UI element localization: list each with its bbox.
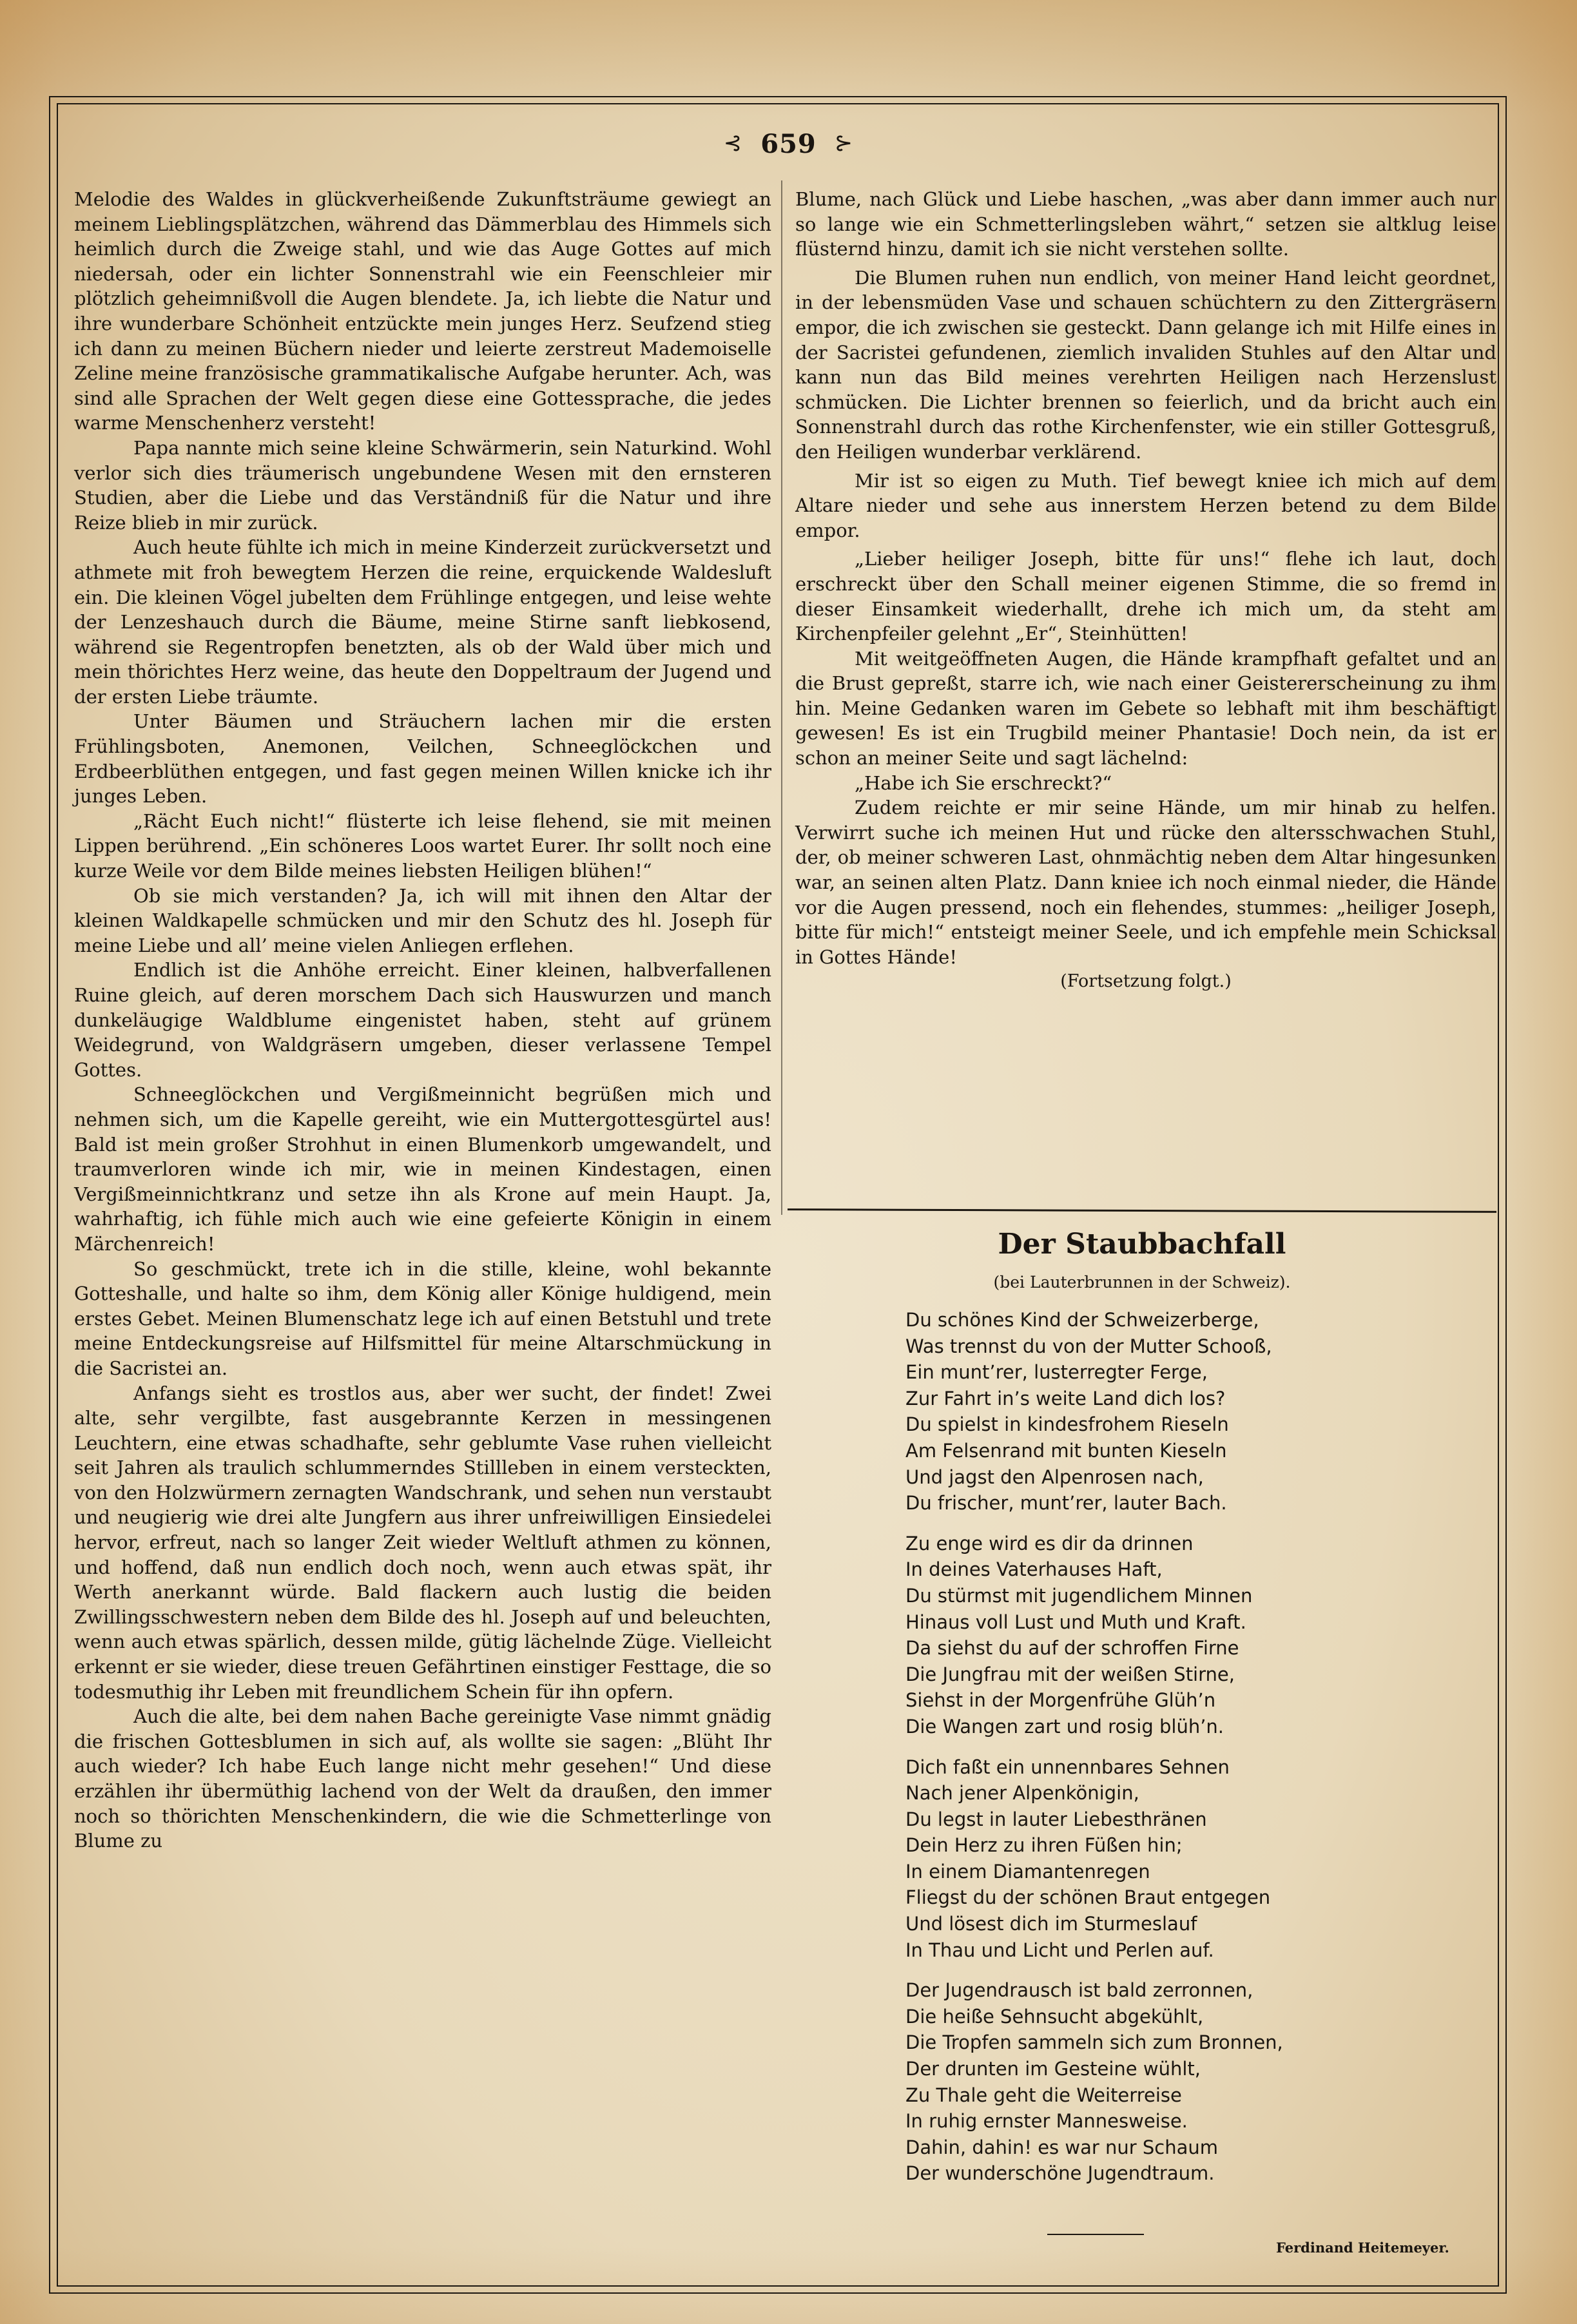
- poem-line: Ein munt’rer, lusterregter Ferge,: [905, 1359, 1434, 1386]
- paragraph: Zudem reichte er mir seine Hände, um mir…: [795, 795, 1496, 969]
- paragraph: Die Blumen ruhen nun endlich, von meiner…: [795, 266, 1496, 465]
- poem-line: Zur Fahrt in’s weite Land dich los?: [905, 1386, 1434, 1412]
- ornament-left-icon: ⊰: [724, 130, 743, 156]
- poem-line: Die Tropfen sammeln sich zum Bronnen,: [905, 2029, 1434, 2056]
- poem-stanza: Du schönes Kind der Schweizerberge, Was …: [905, 1307, 1434, 1516]
- end-rule: [1047, 2234, 1144, 2235]
- ornament-right-icon: ⊱: [835, 130, 854, 156]
- continuation-note: (Fortsetzung folgt.): [795, 969, 1496, 994]
- poem-line: Die heiße Sehnsucht abgekühlt,: [905, 2004, 1434, 2030]
- poem-line: Was trennst du von der Mutter Schooß,: [905, 1333, 1434, 1360]
- right-column-story: Blume, nach Glück und Liebe haschen, „wa…: [795, 187, 1496, 994]
- poem-line: Zu enge wird es dir da drinnen: [905, 1531, 1434, 1557]
- poem-line: Am Felsenrand mit bunten Kieseln: [905, 1438, 1434, 1464]
- paragraph: Auch die alte, bei dem nahen Bache gerei…: [74, 1704, 771, 1854]
- poem-line: Dahin, dahin! es war nur Schaum: [905, 2135, 1434, 2161]
- poem-line: Dein Herz zu ihren Füßen hin;: [905, 1832, 1434, 1859]
- poem-line: Da siehst du auf der schroffen Firne: [905, 1635, 1434, 1661]
- poem-line: In ruhig ernster Manneswei­se.: [905, 2108, 1434, 2135]
- poem-line: Zu Thale geht die Weiterreise: [905, 2082, 1434, 2109]
- page-number: 659: [760, 129, 817, 159]
- page-header: ⊰659⊱: [0, 129, 1577, 159]
- poem-stanza: Dich faßt ein unnennbares Sehnen Nach je…: [905, 1754, 1434, 1964]
- poem-line: Der drunten im Gesteine wühlt,: [905, 2056, 1434, 2082]
- poem-line: Und lösest dich im Sturmeslauf: [905, 1911, 1434, 1937]
- paragraph: „Habe ich Sie erschreckt?“: [795, 771, 1496, 796]
- paragraph: Unter Bäumen und Sträuchern lachen mir d…: [74, 709, 771, 808]
- paragraph: Anfangs sieht es trostlos aus, aber wer …: [74, 1381, 771, 1705]
- poem-line: Du spielst in kindesfrohem Rieseln: [905, 1411, 1434, 1438]
- poem-line: Die Wangen zart und rosig blüh’n.: [905, 1714, 1434, 1740]
- poem-line: Siehst in der Morgenfrühe Glüh’n: [905, 1687, 1434, 1714]
- poem-line: Und jagst den Alpenrosen nach,: [905, 1464, 1434, 1491]
- poem-author: Ferdinand Heitemeyer.: [1276, 2240, 1449, 2256]
- poem-line: Du frischer, munt’rer, lauter Bach.: [905, 1490, 1434, 1516]
- poem-body: Du schönes Kind der Schweizerberge, Was …: [905, 1307, 1434, 2201]
- poem-line: Der wunderschöne Jugendtraum.: [905, 2160, 1434, 2187]
- poem-line: Der Jugendrausch ist bald zerronnen,: [905, 1977, 1434, 2004]
- poem-line: In Thau und Licht und Perlen auf.: [905, 1937, 1434, 1964]
- paragraph: Schneeglöckchen und Vergißmeinnicht begr…: [74, 1082, 771, 1256]
- poem-subtitle: (bei Lauterbrunnen in der Schweiz).: [788, 1273, 1496, 1292]
- poem-line: In einem Diamantenregen: [905, 1859, 1434, 1885]
- poem-line: Nach jener Alpenkönigin,: [905, 1780, 1434, 1806]
- poem-line: Du stürmst mit jugendlichem Minnen: [905, 1583, 1434, 1609]
- poem-line: In deines Vaterhauses Haft,: [905, 1556, 1434, 1583]
- paragraph: Blume, nach Glück und Liebe haschen, „wa…: [795, 187, 1496, 262]
- paragraph: So geschmückt, trete ich in die stille, …: [74, 1257, 771, 1381]
- paragraph: Papa nannte mich seine kleine Schwärmeri…: [74, 436, 771, 535]
- paragraph: Melodie des Waldes in glückverheißende Z…: [74, 187, 771, 436]
- poem-line: Hinaus voll Lust und Muth und Kraft.: [905, 1609, 1434, 1636]
- poem-stanza: Der Jugendrausch ist bald zerronnen, Die…: [905, 1977, 1434, 2187]
- poem-line: Dich faßt ein unnennbares Sehnen: [905, 1754, 1434, 1781]
- paragraph: „Rächt Euch nicht!“ flüsterte ich leise …: [74, 809, 771, 884]
- poem-line: Die Jungfrau mit der weißen Stirne,: [905, 1661, 1434, 1688]
- poem-line: Fliegst du der schönen Braut entgegen: [905, 1884, 1434, 1911]
- paragraph: Ob sie mich verstanden? Ja, ich will mit…: [74, 884, 771, 958]
- paragraph: Mir ist so eigen zu Muth. Tief bewegt kn…: [795, 469, 1496, 543]
- poem-line: Du schönes Kind der Schweizerberge,: [905, 1307, 1434, 1333]
- paragraph: Mit weitgeöffneten Augen, die Hände kram…: [795, 646, 1496, 771]
- paragraph: Endlich ist die Anhöhe erreicht. Einer k…: [74, 958, 771, 1082]
- paragraph: „Lieber heiliger Joseph, bitte für uns!“…: [795, 547, 1496, 646]
- column-divider: [781, 180, 782, 1215]
- paragraph: Auch heute fühlte ich mich in meine Kind…: [74, 535, 771, 709]
- poem-title: Der Staubbachfall: [788, 1228, 1496, 1261]
- poem-line: Du legst in lauter Liebesthränen: [905, 1806, 1434, 1833]
- left-column-story: Melodie des Waldes in glückverheißende Z…: [74, 187, 771, 1854]
- poem-stanza: Zu enge wird es dir da drinnen In deines…: [905, 1531, 1434, 1740]
